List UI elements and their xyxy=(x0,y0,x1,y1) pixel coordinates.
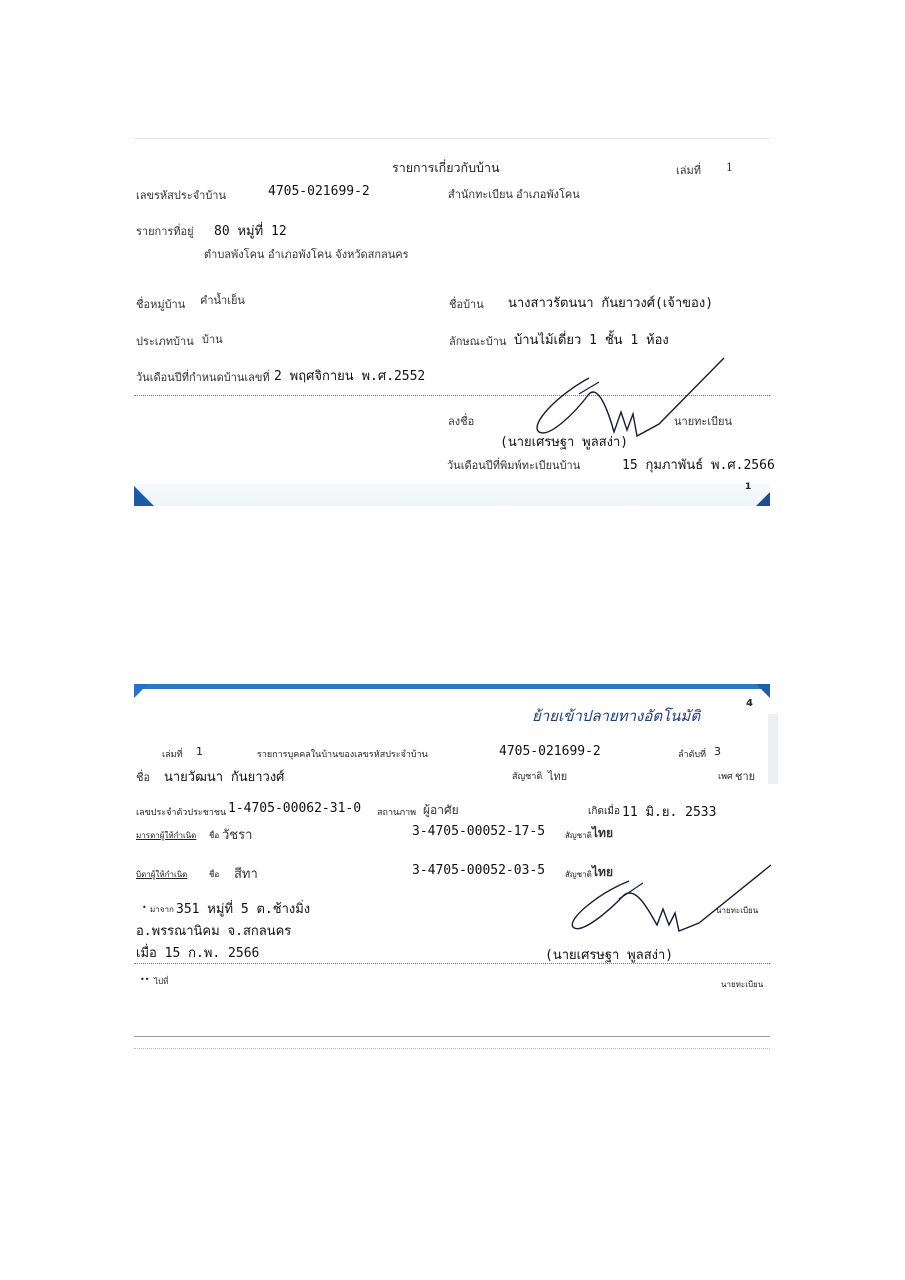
sex-label: เพศ xyxy=(718,769,733,783)
address-line-1: 80 หมู่ที่ 12 xyxy=(214,220,287,241)
order-number: 3 xyxy=(714,745,721,758)
order-label: ลำดับที่ xyxy=(678,747,706,761)
house-name-label: ชื่อบ้าน xyxy=(449,295,484,313)
registrar-name: (นายเศรษฐา พูลสง่า) xyxy=(500,431,628,452)
mother-label: มารดาผู้ให้กำเนิด xyxy=(136,829,196,842)
card-top-band xyxy=(134,684,770,689)
mother-id: 3-4705-00052-17-5 xyxy=(412,824,545,839)
registrar-label: นายทะเบียน xyxy=(716,904,758,917)
card-footer-band xyxy=(134,484,770,506)
signature-icon xyxy=(559,859,774,939)
address-label: รายการที่อยู่ xyxy=(136,222,194,240)
book-number: 1 xyxy=(196,745,203,758)
person-record-card: ย้ายเข้าปลายทางอัตโนมัติ 4 เล่มที่ 1 ราย… xyxy=(134,684,770,1052)
person-list-label: รายการบุคคลในบ้านของเลขรหัสประจำบ้าน xyxy=(257,747,428,761)
assigned-date-label: วันเดือนปีที่กำหนดบ้านเลขที่ xyxy=(136,368,270,386)
moved-from-line-1: 351 หมู่ที่ 5 ต.ช้างมิ่ง xyxy=(176,898,310,919)
nationality-label: สัญชาติ xyxy=(512,769,542,783)
father-name: สีทา xyxy=(234,863,258,884)
print-date-label: วันเดือนปีที่พิมพ์ทะเบียนบ้าน xyxy=(447,456,580,474)
mother-nationality: ไทย xyxy=(592,824,613,843)
print-date: 15 กุมภาพันธ์ พ.ศ.2566 xyxy=(622,454,775,475)
corner-decoration xyxy=(134,486,154,506)
village-name: คำน้ำเย็น xyxy=(200,291,245,309)
registrar-label-2: นายทะเบียน xyxy=(721,978,763,991)
father-id: 3-4705-00052-03-5 xyxy=(412,863,545,878)
registry-office-label: สำนักทะเบียน xyxy=(448,185,513,203)
person-name: นายวัฒนา กันยาวงศ์ xyxy=(164,766,284,787)
sex: ชาย xyxy=(735,767,755,785)
father-label: บิดาผู้ให้กำเนิด xyxy=(136,868,187,881)
registry-office: อำเภอพังโคน xyxy=(516,185,580,203)
edge-shade xyxy=(768,714,778,784)
house-code: 4705-021699-2 xyxy=(268,184,370,199)
nationality: ไทย xyxy=(548,767,567,785)
corner-decoration xyxy=(756,492,770,506)
moved-to-label: ไปที่ xyxy=(154,975,168,988)
corner-decoration xyxy=(756,684,770,698)
moved-from-line-2: อ.พรรณานิคม จ.สกลนคร xyxy=(136,920,291,941)
house-desc-label: ลักษณะบ้าน xyxy=(449,332,506,350)
bottom-edge-line xyxy=(134,1036,770,1037)
house-info-card: รายการเกี่ยวกับบ้าน เล่มที่ 1 เลขรหัสประ… xyxy=(134,134,770,506)
mother-name: วัชรา xyxy=(222,824,252,845)
corner-decoration xyxy=(134,684,148,698)
bullet: • xyxy=(142,903,147,912)
house-code-label: เลขรหัสประจำบ้าน xyxy=(136,186,226,204)
citizen-id: 1-4705-00062-31-0 xyxy=(228,801,361,816)
card-title: รายการเกี่ยวกับบ้าน xyxy=(392,158,500,178)
name-label: ชื่อ xyxy=(136,768,150,786)
father-name-label: ชื่อ xyxy=(209,868,219,881)
id-label: เลขประจำตัวประชาชน xyxy=(136,805,226,819)
house-code: 4705-021699-2 xyxy=(499,744,601,759)
registrar-label: นายทะเบียน xyxy=(674,412,732,430)
house-type: บ้าน xyxy=(202,330,223,348)
village-label: ชื่อหมู่บ้าน xyxy=(136,295,185,313)
house-name: นางสาวรัตนนา กันยาวงศ์(เจ้าของ) xyxy=(508,292,713,313)
registrar-name: (นายเศรษฐา พูลสง่า) xyxy=(545,944,673,965)
mother-nationality-label: สัญชาติ xyxy=(565,829,592,842)
book-number: 1 xyxy=(726,161,733,174)
house-desc: บ้านไม้เดี่ยว 1 ชั้น 1 ห้อง xyxy=(514,329,669,350)
status-label: สถานภาพ xyxy=(377,805,416,819)
bullet: •• xyxy=(140,975,149,984)
page-number: 4 xyxy=(746,698,753,709)
mother-name-label: ชื่อ xyxy=(209,829,219,842)
page-number: 1 xyxy=(745,482,751,492)
moved-from-date: เมื่อ 15 ก.พ. 2566 xyxy=(136,942,259,963)
book-label: เล่มที่ xyxy=(162,747,182,761)
book-label: เล่มที่ xyxy=(676,161,701,179)
birth-date: 11 มิ.ย. 2533 xyxy=(622,801,716,822)
house-type-label: ประเภทบ้าน xyxy=(136,332,194,350)
top-edge-line xyxy=(134,138,770,139)
bottom-edge-dots xyxy=(134,1048,770,1049)
assigned-date: 2 พฤศจิกายน พ.ศ.2552 xyxy=(274,365,425,386)
address-line-2: ตำบลพังโคน อำเภอพังโคน จังหวัดสกลนคร xyxy=(204,245,409,263)
divider xyxy=(134,963,770,964)
moved-from-label: มาจาก xyxy=(150,903,174,916)
sign-label: ลงชื่อ xyxy=(448,412,474,430)
auto-move-in-stamp: ย้ายเข้าปลายทางอัตโนมัติ xyxy=(532,704,700,728)
birth-label: เกิดเมื่อ xyxy=(588,804,620,819)
status: ผู้อาศัย xyxy=(423,801,459,820)
